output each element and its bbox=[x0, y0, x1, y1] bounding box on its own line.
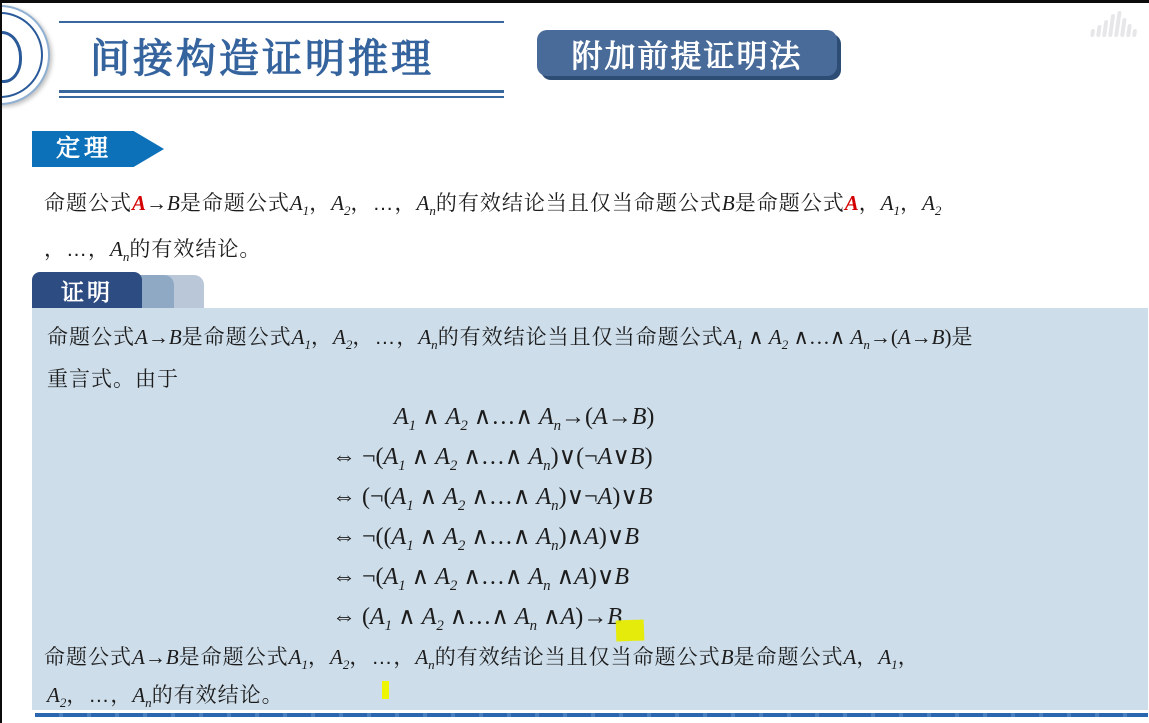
formula-line-2: ⇔ ¬(A1 ∧ A2 ∧…∧ An)∨(¬A∨B) bbox=[332, 442, 653, 471]
proof-conclusion-line-2: A2，…，An的有效结论。 bbox=[47, 679, 284, 709]
theorem-badge: 定理 bbox=[32, 131, 164, 167]
theorem-text-line-2: ，…，An的有效结论。 bbox=[44, 233, 261, 263]
proof-badge: 证明 bbox=[32, 272, 142, 308]
theorem-text-line-1: 命题公式A→B是命题公式A1，A2，…，An的有效结论当且仅当命题公式B是命题公… bbox=[44, 187, 941, 217]
formula-line-5: ⇔ ¬(A1 ∧ A2 ∧…∧ An ∧A)∨B bbox=[332, 562, 629, 591]
university-logo bbox=[0, 5, 50, 105]
proof-intro-line-1: 命题公式A→B是命题公式A1，A2，…，An的有效结论当且仅当命题公式A1 ∧ … bbox=[47, 321, 974, 351]
highlight-mark-2 bbox=[382, 681, 389, 699]
method-badge: 附加前提证明法 bbox=[537, 30, 837, 76]
proof-conclusion-line-1: 命题公式A→B是命题公式A1，A2，…，An的有效结论当且仅当命题公式B是命题公… bbox=[44, 641, 920, 671]
formula-line-6: ⇔ (A1 ∧ A2 ∧…∧ An ∧A)→B bbox=[332, 602, 622, 631]
lecture-slide: 间接构造证明推理 附加前提证明法 定理 命题公式A→B是命题公式A1，A2，…，… bbox=[0, 0, 1149, 723]
proof-intro-line-2: 重言式。由于 bbox=[47, 363, 179, 393]
title-rule-top bbox=[59, 21, 504, 23]
page-title: 间接构造证明推理 bbox=[90, 27, 434, 84]
bottom-divider-line bbox=[35, 713, 1148, 717]
title-rule-bottom-1 bbox=[59, 90, 504, 93]
formula-line-4: ⇔ ¬((A1 ∧ A2 ∧…∧ An)∧A)∨B bbox=[332, 522, 639, 551]
equalizer-icon bbox=[1090, 9, 1149, 37]
formula-line-3: ⇔ (¬(A1 ∧ A2 ∧…∧ An)∨¬A)∨B bbox=[332, 482, 653, 511]
title-rule-bottom-2 bbox=[59, 96, 504, 98]
highlight-mark-1 bbox=[616, 620, 645, 642]
formula-line-1: A1 ∧ A2 ∧…∧ An→(A→B) bbox=[394, 402, 654, 431]
